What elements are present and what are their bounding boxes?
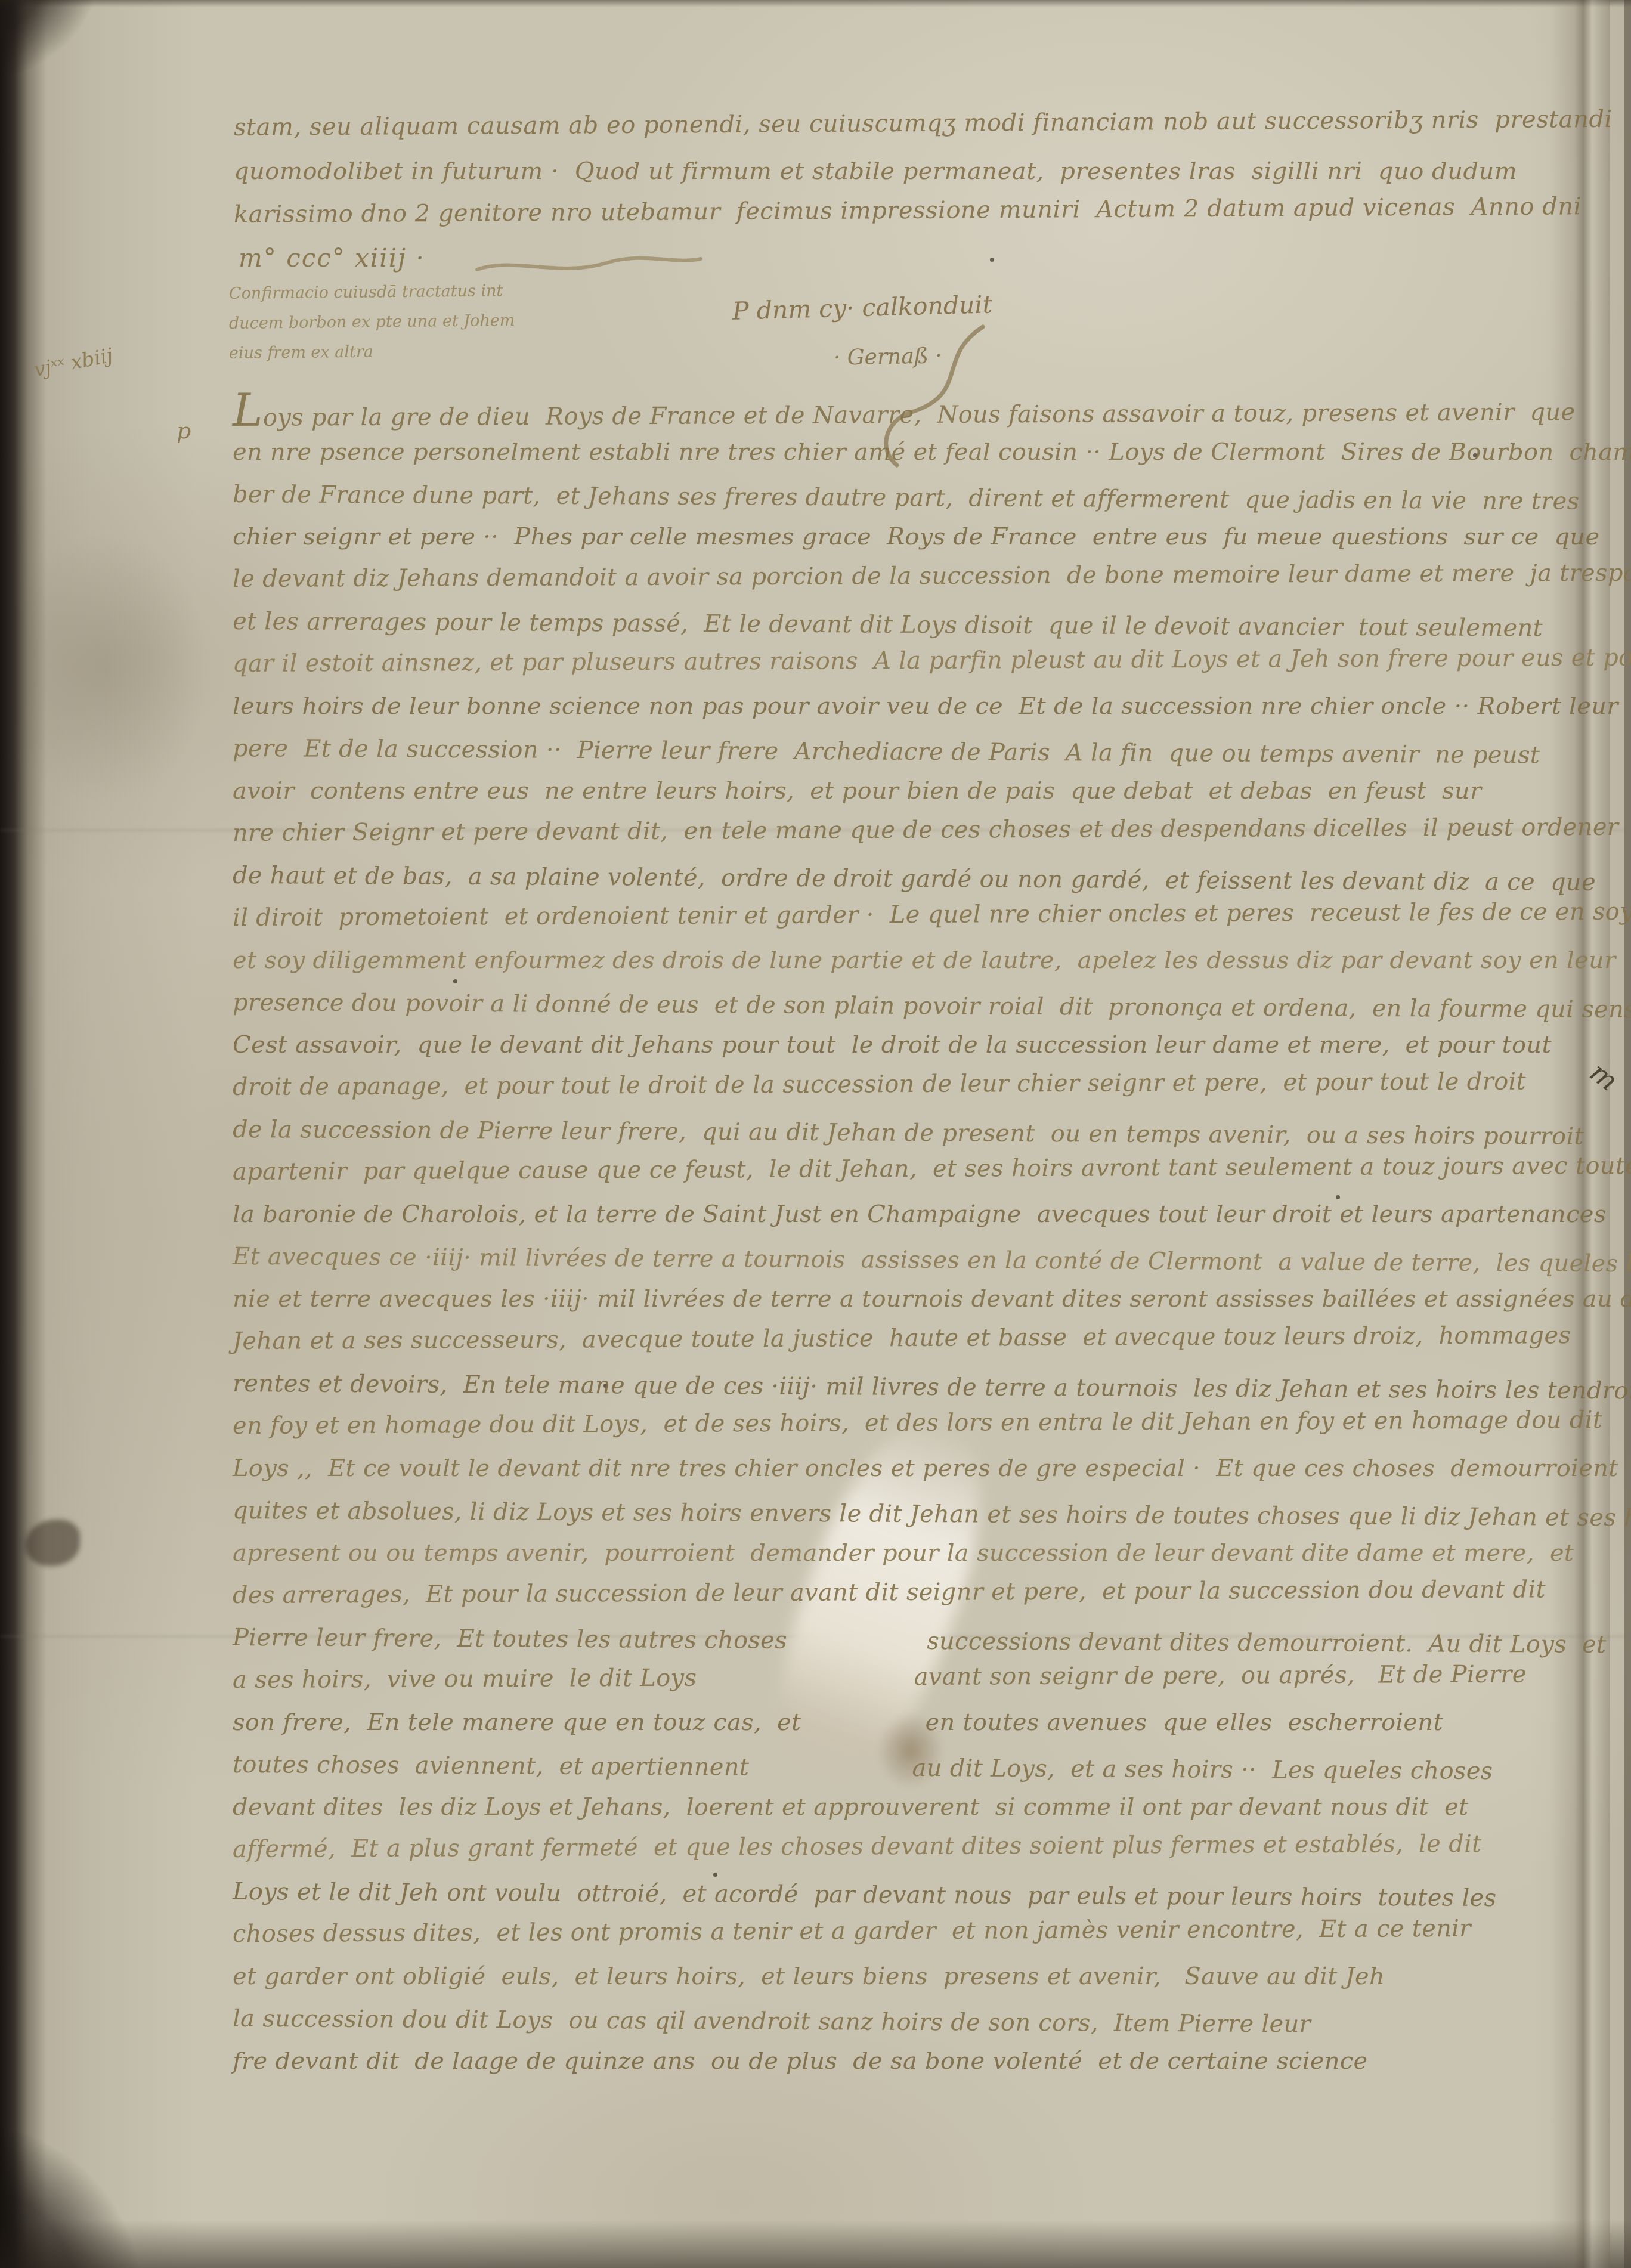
text-line: Jehan et a ses successeurs, avecque tout… [233,1314,1562,1363]
text-line: nre chier Seignr et pere devant dit, en … [233,806,1562,855]
binding-gutter [0,0,47,2268]
text-line: a ses hoirs, vive ou muire le dit Loys a… [233,1653,1562,1701]
latin-closing-block: stam, seu aliquam causam ab eo ponendi, … [234,106,1552,237]
bottom-edge-shadow [0,2220,1631,2268]
date-line: m° ccc° xiiij · [239,243,425,273]
text-line: chier seignr et pere ·· Phes par celle m… [233,516,1562,558]
top-edge-shadow [0,0,1631,7]
text-line: leurs hoirs de leur bonne science non pa… [233,685,1562,728]
page-edge-line [1624,0,1631,2268]
text-line: nie et terre avecques les ·iiij· mil liv… [233,1278,1562,1320]
text-line: droit de apanage, et pour tout le droit … [233,1060,1562,1109]
text-line: apresent ou ou temps avenir, pourroient … [233,1532,1562,1574]
text-line: en nre psence personelment establi nre t… [233,431,1562,474]
manuscript-page: stam, seu aliquam causam ab eo ponendi, … [0,0,1631,2268]
text-line: Loys ,, Et ce voult le devant dit nre tr… [233,1447,1562,1490]
text-line: affermé, Et a plus grant fermeté et que … [233,1823,1562,1871]
text-line: fre devant dit de laage de quinze ans ou… [233,2040,1562,2083]
text-line: choses dessus dites, et les ont promis a… [233,1907,1562,1956]
chancery-note: P dnm cy· calkonduit [732,290,992,325]
text-line: apartenir par quelque cause que ce feust… [233,1145,1562,1193]
text-line: avoir contens entre eus ne entre leurs h… [233,770,1562,812]
text-line: devant dites les diz Loys et Jehans, loe… [233,1786,1562,1828]
text-line: qar il estoit ainsnez, et par pluseurs a… [233,637,1562,685]
text-line: son frere, En tele manere que en touz ca… [233,1701,1562,1744]
latin-text-line: stam, seu aliquam causam ab eo ponendi, … [234,98,1552,150]
rubric-note: Confirmacio cuiusdā tractatus intducem b… [229,279,766,369]
clerk-signature: · Gernaß · [834,344,942,370]
corner-shadow-top-left [0,0,250,215]
text-line: le devant diz Jehans demandoit a avoir s… [233,552,1562,601]
rubric-line: eius frem ex altra [229,333,766,369]
text-line: la baronie de Charolois, et la terre de … [233,1193,1562,1236]
text-line: des arrerages, Et pour la succession de … [233,1568,1562,1617]
ink-speck [990,258,994,262]
text-line: il diroit prometoient et ordenoient teni… [233,891,1562,939]
latin-text-line: karissimo dno 2 genitore nro utebamur fe… [234,185,1552,237]
text-line: Cest assavoir, que le devant dit Jehans … [233,1024,1562,1066]
paragraph-mark: p [177,417,191,444]
main-text-block: Loys par la gre de dieu Roys de France e… [233,389,1562,2083]
text-line: et garder ont obligié euls, et leurs hoi… [233,1956,1562,1998]
text-line: et soy diligemment enfourmez des drois d… [233,939,1562,982]
text-line: Loys par la gre de dieu Roys de France e… [233,383,1562,431]
text-line: en foy et en homage dou dit Loys, et de … [233,1399,1562,1447]
